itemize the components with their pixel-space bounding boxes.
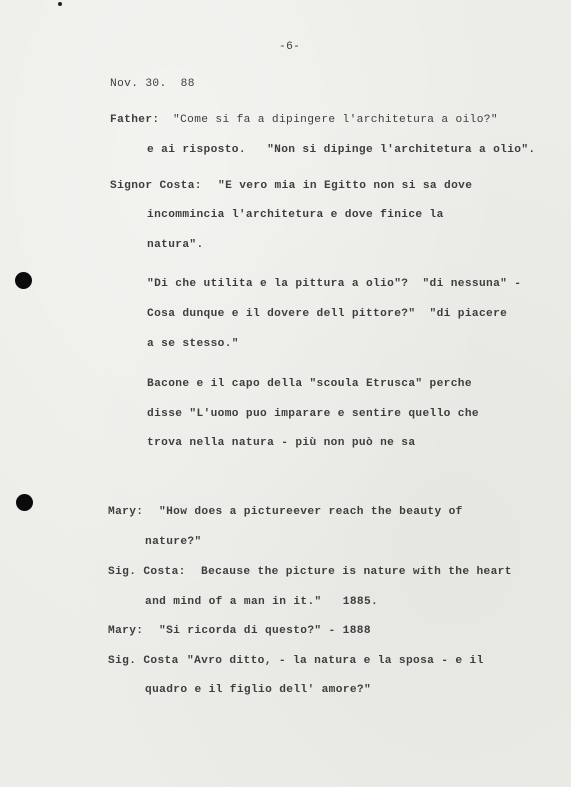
dialogue-line: Because the picture is nature with the h… (201, 565, 512, 579)
typewritten-page: -6- Nov. 30. 88 Father: "Come si fa a di… (0, 0, 571, 787)
dialogue-line: "E vero mia in Egitto non si sa dove (218, 179, 472, 193)
dialogue-line: quadro e il figlio dell' amore?" (145, 683, 371, 697)
speaker-label: Sig. Costa: (108, 565, 186, 579)
speaker-label: Signor Costa: (110, 179, 202, 193)
dialogue-line: and mind of a man in it." 1885. (145, 595, 378, 609)
speaker-label: Mary: (108, 624, 143, 638)
speaker-label: Mary: (108, 505, 143, 519)
dialogue-line: a se stesso." (147, 337, 239, 351)
dialogue-line: natura". (147, 238, 204, 252)
dialogue-line: trova nella natura - più non può ne sa (147, 436, 415, 450)
page-number: -6- (279, 40, 300, 54)
dialogue-line: "Come si fa a dipingere l'architetura a … (173, 113, 498, 127)
dialogue-line: "How does a pictureever reach the beauty… (159, 505, 463, 519)
entry-date: Nov. 30. 88 (110, 77, 195, 91)
dialogue-line: disse "L'uomo puo imparare e sentire que… (147, 407, 479, 421)
dialogue-line: incommincia l'architetura e dove finice … (147, 208, 444, 222)
dialogue-line: "Avro ditto, - la natura e la sposa - e … (187, 654, 484, 668)
dialogue-line: Bacone e il capo della "scoula Etrusca" … (147, 377, 472, 391)
speaker-label: Sig. Costa (108, 654, 179, 668)
dialogue-line: "Si ricorda di questo?" - 1888 (159, 624, 371, 638)
dialogue-line: "Di che utilita e la pittura a olio"? "d… (147, 277, 521, 291)
dialogue-line: e ai risposto. "Non si dipinge l'archite… (147, 143, 536, 157)
speaker-label: Father: (110, 113, 159, 127)
punch-hole (16, 494, 33, 511)
punch-hole (15, 272, 32, 289)
ink-speck (58, 2, 62, 6)
dialogue-line: nature?" (145, 535, 202, 549)
dialogue-line: Cosa dunque e il dovere dell pittore?" "… (147, 307, 507, 321)
